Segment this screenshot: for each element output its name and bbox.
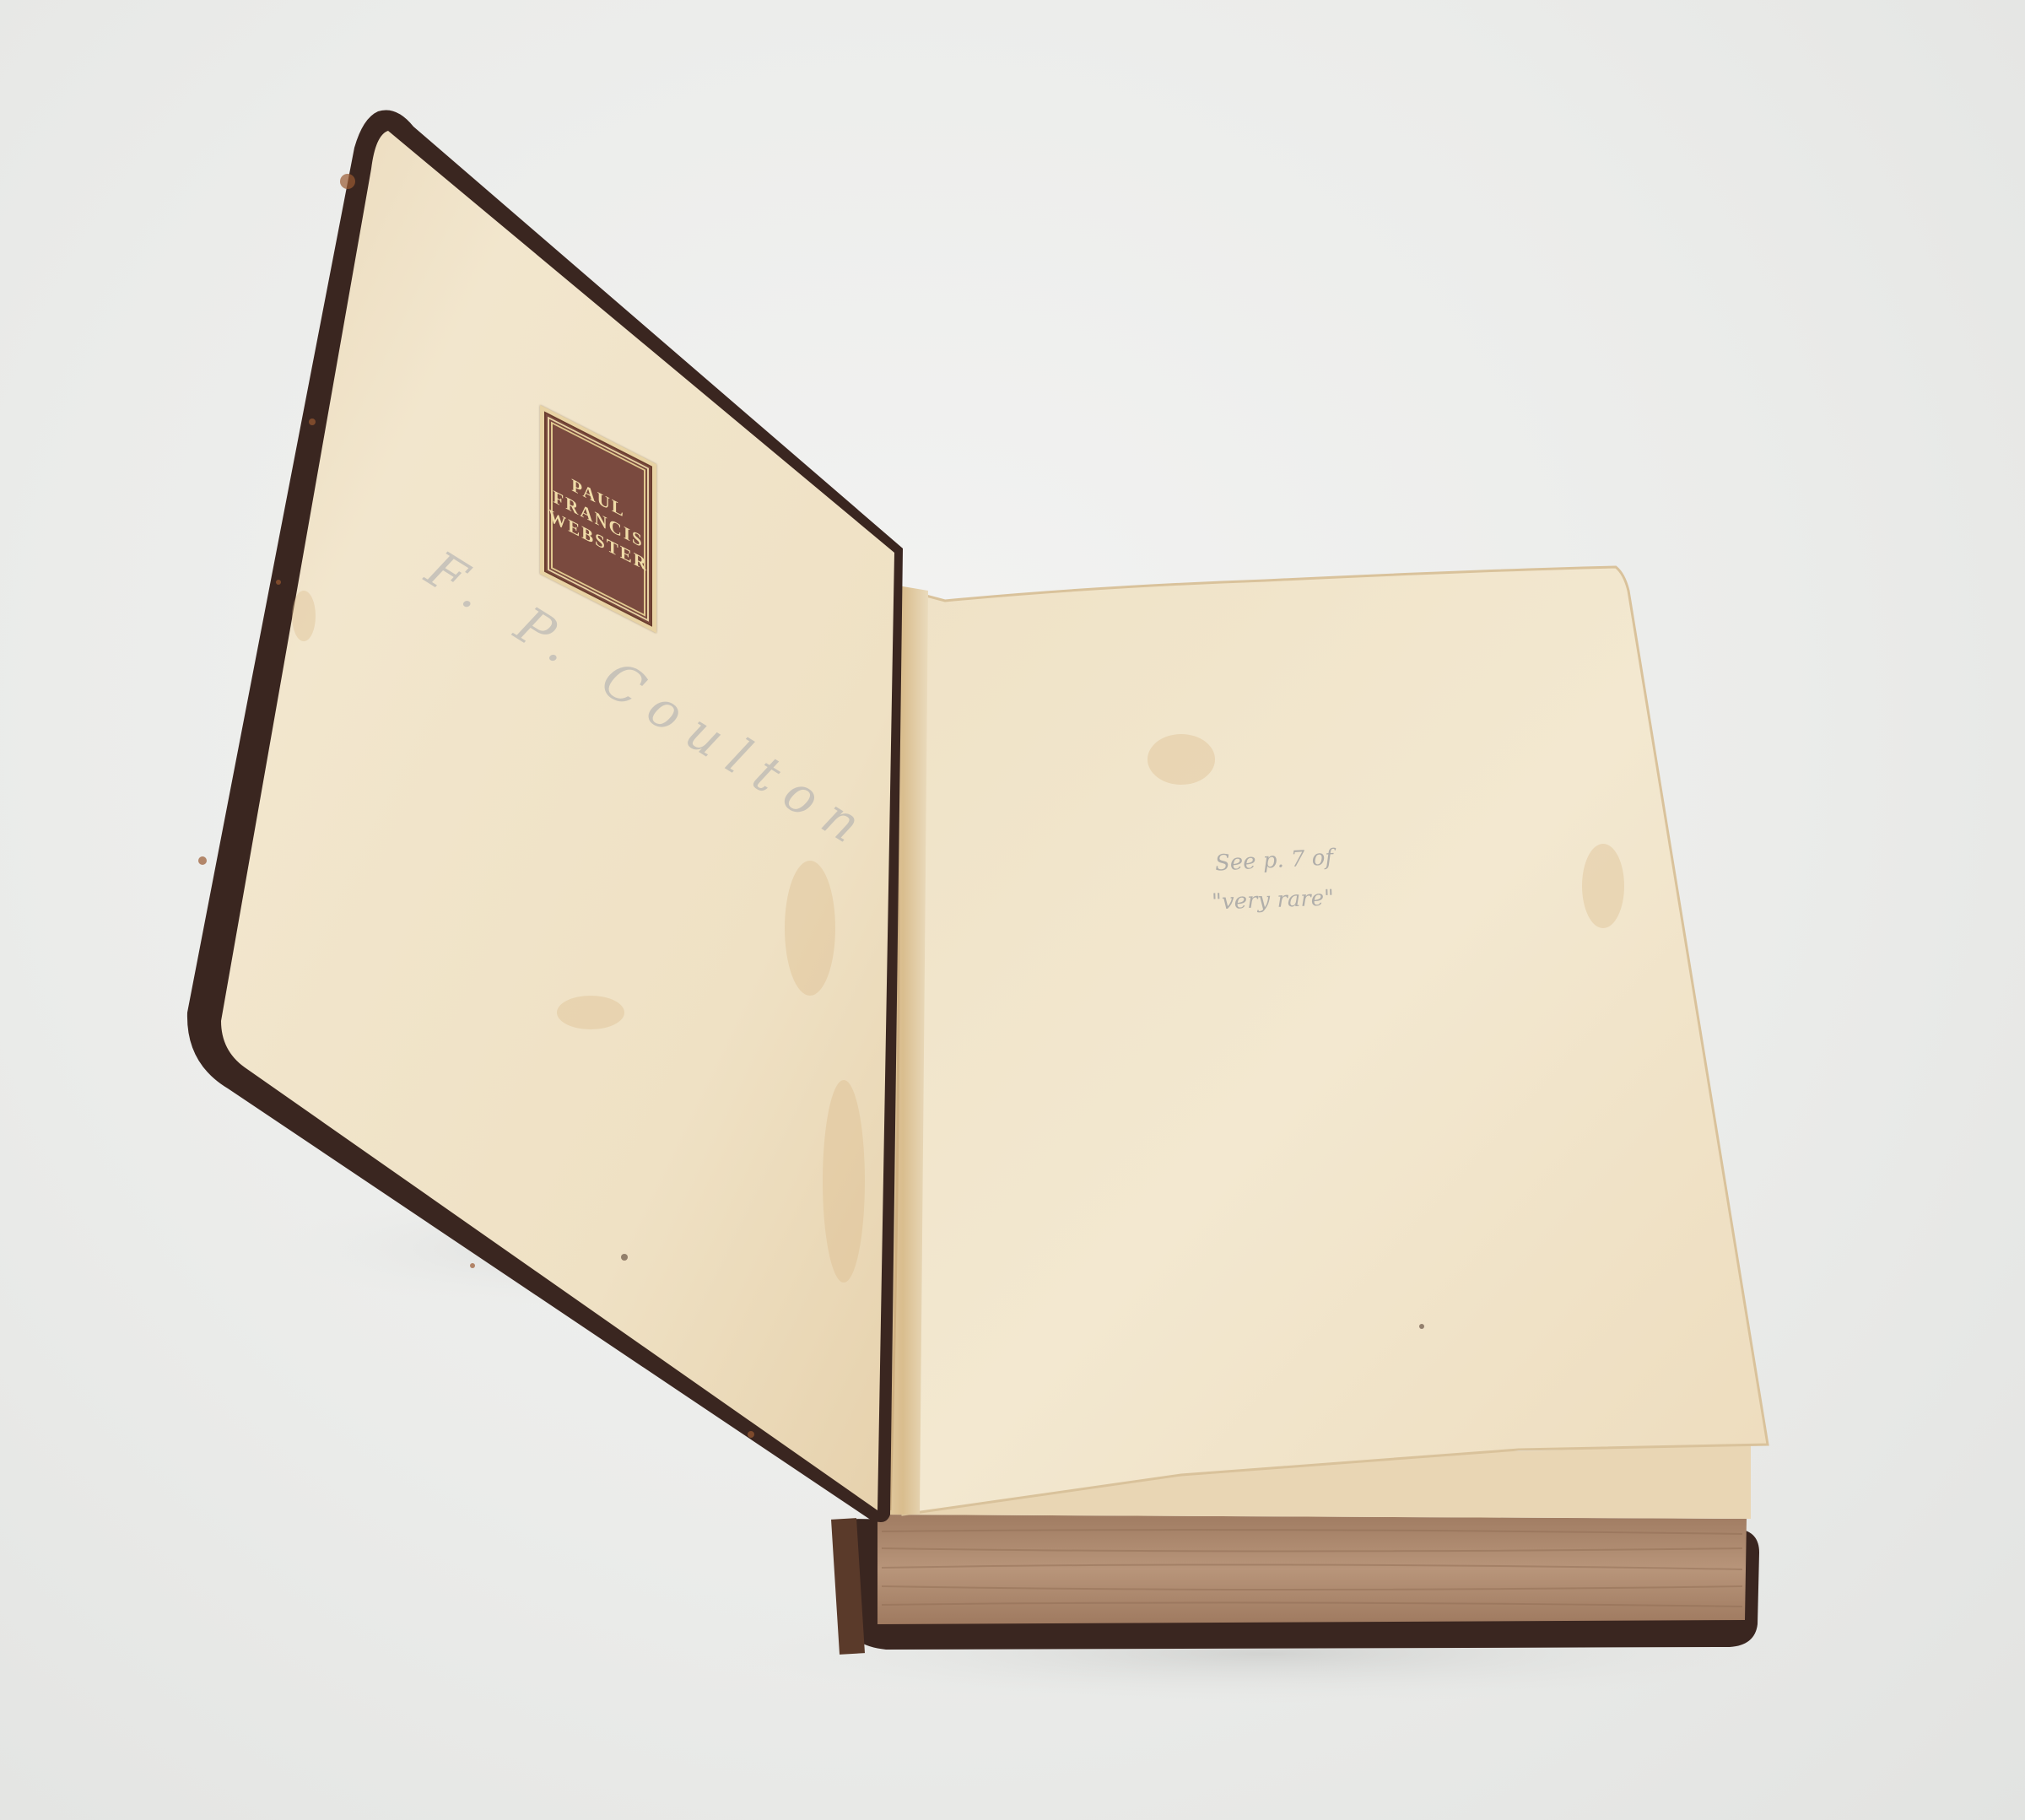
open-book-illustration <box>0 0 2025 1820</box>
pencil-note-line-2: "very rare" <box>1212 885 1335 915</box>
photo-scene: PAUL FRANCIS WEBSTER F. P. Coulton See p… <box>0 0 2025 1820</box>
right-page <box>903 567 1768 1515</box>
